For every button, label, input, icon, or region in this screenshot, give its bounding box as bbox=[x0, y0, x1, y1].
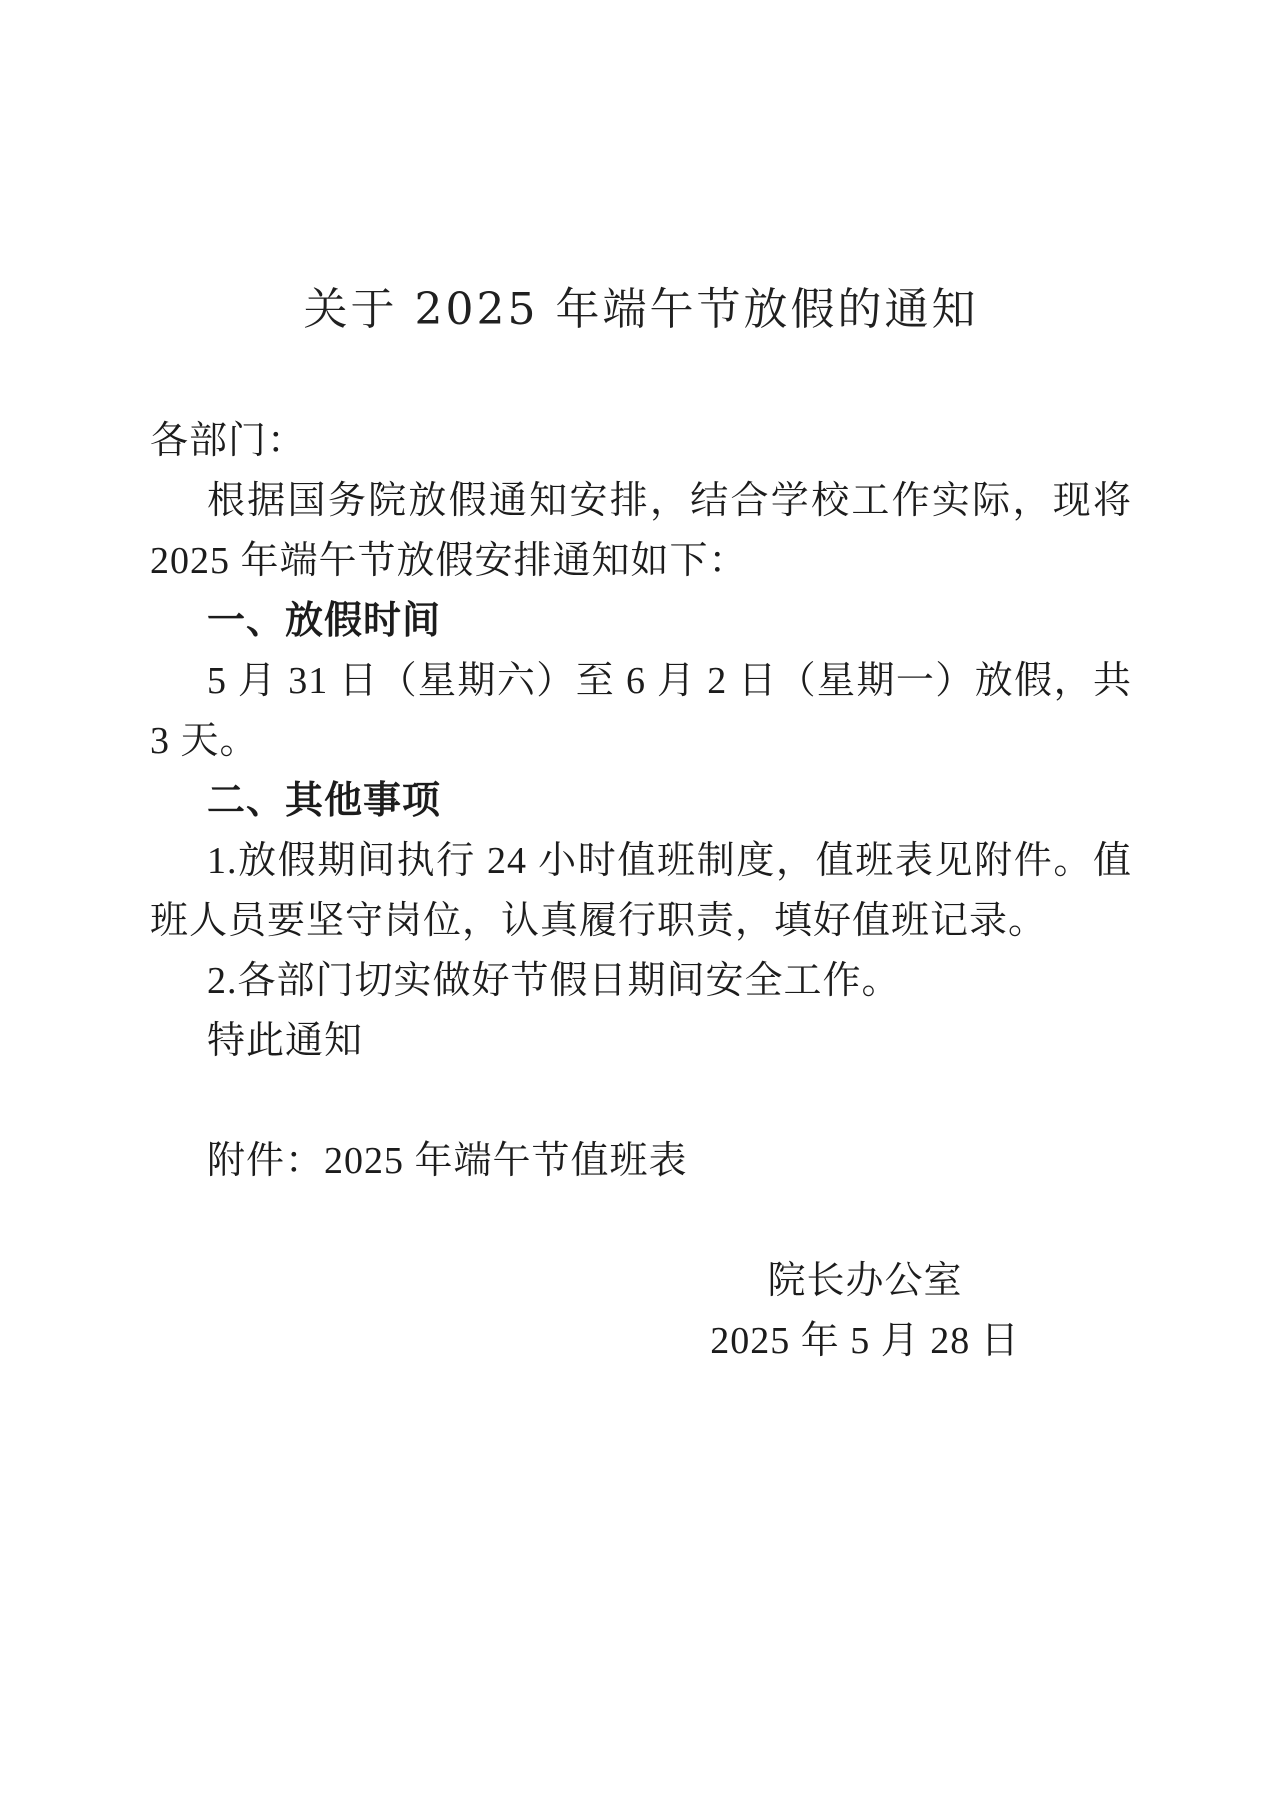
salutation: 各部门： bbox=[150, 411, 1132, 471]
section2-heading: 二、其他事项 bbox=[150, 771, 1132, 831]
notice-page: 关于 2025 年端午节放假的通知 各部门： 根据国务院放假通知安排，结合学校工… bbox=[0, 0, 1272, 1800]
signature-office: 院长办公室 bbox=[650, 1251, 1080, 1311]
signature-block: 院长办公室 2025 年 5 月 28 日 bbox=[650, 1251, 1080, 1371]
notice-body: 各部门： 根据国务院放假通知安排，结合学校工作实际，现将 2025 年端午节放假… bbox=[150, 411, 1132, 1371]
attachment-line: 附件：2025 年端午节值班表 bbox=[150, 1131, 1132, 1191]
section2-item2: 2.各部门切实做好节假日期间安全工作。 bbox=[150, 951, 1132, 1011]
section1-body: 5 月 31 日（星期六）至 6 月 2 日（星期一）放假，共 3 天。 bbox=[150, 651, 1132, 771]
notice-title: 关于 2025 年端午节放假的通知 bbox=[150, 283, 1132, 337]
section1-heading: 一、放假时间 bbox=[150, 591, 1132, 651]
signature-date: 2025 年 5 月 28 日 bbox=[650, 1311, 1080, 1371]
intro-paragraph: 根据国务院放假通知安排，结合学校工作实际，现将 2025 年端午节放假安排通知如… bbox=[150, 471, 1132, 591]
closing-line: 特此通知 bbox=[150, 1011, 1132, 1071]
section2-item1: 1.放假期间执行 24 小时值班制度，值班表见附件。值班人员要坚守岗位，认真履行… bbox=[150, 831, 1132, 951]
